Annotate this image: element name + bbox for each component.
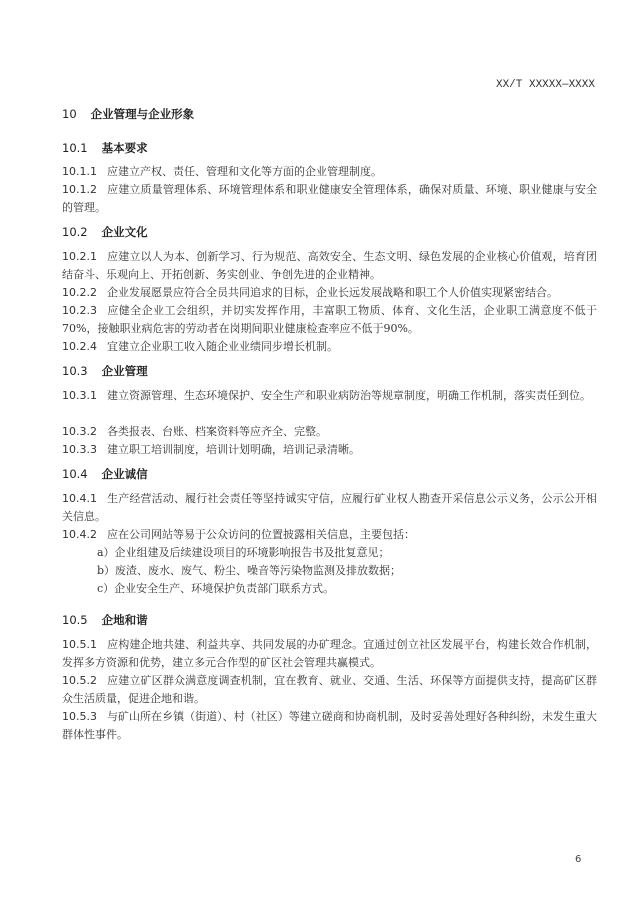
clause-number: 10.3.3 (62, 443, 97, 456)
section-title: 企业诚信 (102, 467, 148, 481)
clause-text: 宜建立企业职工收入随企业业绩同步增长机制。 (107, 340, 338, 353)
clause-text: 生产经营活动、履行社会责任等坚持诚实守信，应履行矿业权人勘查开采信息公示义务，公… (62, 492, 597, 523)
chapter-heading: 10企业管理与企业形象 (62, 106, 194, 122)
clause-number: 10.2.2 (62, 286, 97, 299)
clause-10-3-2: 10.3.2各类报表、台账、档案资料等应齐全、完整。 (62, 423, 597, 441)
section-number: 10.2 (62, 225, 88, 239)
clause-number: 10.4.1 (62, 492, 97, 505)
section-heading-10-5: 10.5企地和谐 (62, 612, 148, 628)
clause-number: 10.2.1 (62, 250, 97, 263)
clause-text: 应在公司网站等易于公众访问的位置披露相关信息，主要包括： (107, 528, 415, 541)
list-item-a: a）企业组建及后续建设项目的环境影响报告书及批复意见； (97, 544, 390, 562)
clause-10-4-2: 10.4.2应在公司网站等易于公众访问的位置披露相关信息，主要包括： (62, 526, 597, 544)
clause-10-5-3: 10.5.3与矿山所在乡镇（街道）、村（社区）等建立磋商和协商机制，及时妥善处理… (62, 708, 597, 744)
clause-number: 10.4.2 (62, 528, 97, 541)
chapter-title: 企业管理与企业形象 (91, 107, 195, 121)
clause-text: 企业发展愿景应符合全员共同追求的目标，企业长远发展战略和职工个人价值实现紧密结合… (107, 286, 558, 299)
clause-number: 10.5.2 (62, 674, 97, 687)
section-number: 10.4 (62, 467, 88, 481)
section-title: 企业文化 (102, 225, 148, 239)
running-header: XX/T XXXXX—XXXX (496, 79, 595, 91)
clause-10-2-4: 10.2.4宜建立企业职工收入随企业业绩同步增长机制。 (62, 338, 597, 356)
clause-10-2-1: 10.2.1应建立以人为本、创新学习、行为规范、高效安全、生态文明、绿色发展的企… (62, 248, 597, 284)
section-title: 企业管理 (102, 364, 148, 378)
clause-number: 10.2.4 (62, 340, 97, 353)
clause-number: 10.5.1 (62, 638, 97, 651)
list-item-b: b）废渣、废水、废气、粉尘、噪音等污染物监测及排放数据； (97, 562, 401, 580)
section-heading-10-3: 10.3企业管理 (62, 363, 148, 379)
clause-10-4-1: 10.4.1生产经营活动、履行社会责任等坚持诚实守信，应履行矿业权人勘查开采信息… (62, 490, 597, 526)
chapter-number: 10 (62, 107, 77, 121)
clause-10-2-2: 10.2.2企业发展愿景应符合全员共同追求的目标，企业长远发展战略和职工个人价值… (62, 284, 597, 302)
section-number: 10.3 (62, 364, 88, 378)
clause-number: 10.3.1 (62, 389, 97, 402)
section-title: 企地和谐 (102, 613, 148, 627)
clause-number: 10.3.2 (62, 425, 97, 438)
section-number: 10.1 (62, 141, 88, 155)
clause-text: 与矿山所在乡镇（街道）、村（社区）等建立磋商和协商机制，及时妥善处理好各种纠纷，… (62, 710, 597, 741)
clause-number: 10.1.1 (62, 165, 97, 178)
clause-text: 应建立质量管理体系、环境管理体系和职业健康安全管理体系，确保对质量、环境、职业健… (62, 183, 597, 214)
clause-text: 建立资源管理、生态环境保护、安全生产和职业病防治等规章制度，明确工作机制，落实责… (107, 389, 591, 402)
clause-10-3-1: 10.3.1建立资源管理、生态环境保护、安全生产和职业病防治等规章制度，明确工作… (62, 387, 597, 405)
clause-10-1-1: 10.1.1应建立产权、责任、管理和文化等方面的企业管理制度。 (62, 163, 597, 181)
section-heading-10-1: 10.1基本要求 (62, 140, 148, 156)
clause-text: 建立职工培训制度，培训计划明确，培训记录清晰。 (107, 443, 360, 456)
section-heading-10-4: 10.4企业诚信 (62, 466, 148, 482)
clause-text: 应健全企业工会组织，并切实发挥作用，丰富职工物质、体育、文化生活，企业职工满意度… (62, 304, 597, 335)
clause-10-1-2: 10.1.2应建立质量管理体系、环境管理体系和职业健康安全管理体系，确保对质量、… (62, 181, 597, 217)
clause-10-2-3: 10.2.3应健全企业工会组织，并切实发挥作用，丰富职工物质、体育、文化生活，企… (62, 302, 597, 338)
clause-10-5-1: 10.5.1应构建企地共建、利益共享、共同发展的办矿理念。宜通过创立社区发展平台… (62, 636, 597, 672)
clause-text: 应构建企地共建、利益共享、共同发展的办矿理念。宜通过创立社区发展平台，构建长效合… (62, 638, 597, 669)
clause-10-5-2: 10.5.2应建立矿区群众满意度调查机制，宜在教育、就业、交通、生活、环保等方面… (62, 672, 597, 708)
page-number: 6 (575, 854, 581, 865)
section-number: 10.5 (62, 613, 88, 627)
clause-text: 应建立以人为本、创新学习、行为规范、高效安全、生态文明、绿色发展的企业核心价值观… (62, 250, 597, 281)
clause-10-3-3: 10.3.3建立职工培训制度，培训计划明确，培训记录清晰。 (62, 441, 597, 459)
section-heading-10-2: 10.2企业文化 (62, 224, 148, 240)
clause-text: 应建立矿区群众满意度调查机制，宜在教育、就业、交通、生活、环保等方面提供支持，提… (62, 674, 597, 705)
clause-number: 10.5.3 (62, 710, 97, 723)
clause-text: 各类报表、台账、档案资料等应齐全、完整。 (107, 425, 327, 438)
list-item-c: c）企业安全生产、环境保护负责部门联系方式。 (97, 580, 334, 598)
clause-number: 10.1.2 (62, 183, 97, 196)
clause-number: 10.2.3 (62, 304, 97, 317)
clause-text: 应建立产权、责任、管理和文化等方面的企业管理制度。 (107, 165, 382, 178)
section-title: 基本要求 (102, 141, 148, 155)
